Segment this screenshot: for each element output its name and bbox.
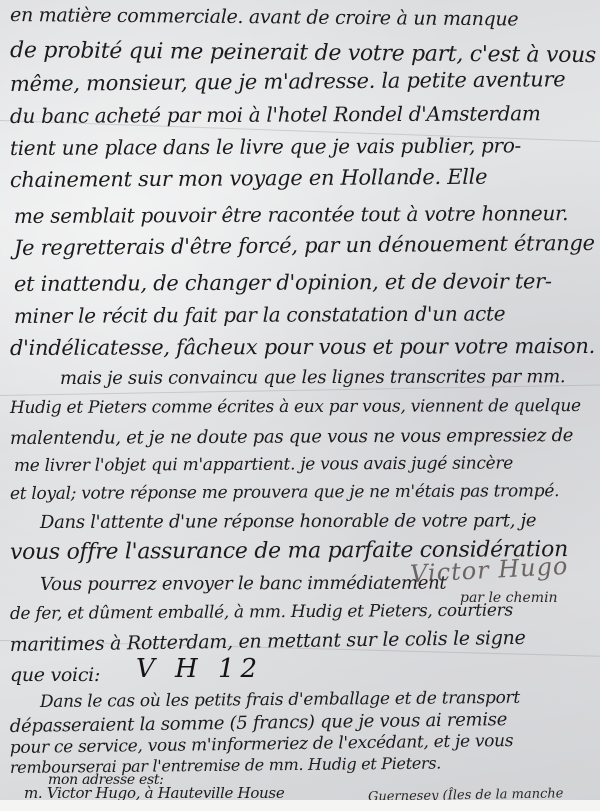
shipping-mark: V H 12 bbox=[136, 654, 263, 684]
letter-line: et loyal; votre réponse me prouvera que … bbox=[10, 481, 559, 504]
letter-line: chainement sur mon voyage en Hollande. E… bbox=[10, 165, 487, 192]
letter-line: de fer, et dûment emballé, à mm. Hudig e… bbox=[10, 600, 513, 624]
letter-line: de probité qui me peinerait de votre par… bbox=[10, 38, 596, 68]
page-bottom-margin bbox=[0, 800, 600, 811]
letter-line: me semblait pouvoir être racontée tout à… bbox=[14, 201, 568, 228]
letter-line: Dans le cas où les petits frais d'emball… bbox=[40, 688, 520, 712]
letter-line: mais je suis convaincu que les lignes tr… bbox=[60, 366, 565, 389]
letter-line: que voici: bbox=[10, 664, 100, 686]
letter-line: Hudig et Pieters comme écrites à eux par… bbox=[10, 396, 581, 418]
letter-line: Dans l'attente d'une réponse honorable d… bbox=[40, 510, 536, 533]
letter-line: Vous pourrez envoyer le banc immédiateme… bbox=[40, 573, 446, 595]
letter-line: en matière commerciale. avant de croire … bbox=[10, 4, 518, 30]
letter-line: malentendu, et je ne doute pas que vous … bbox=[10, 425, 573, 449]
letter-line: me livrer l'objet qui m'appartient. je v… bbox=[14, 453, 513, 476]
interlinear-note: par le chemin bbox=[460, 590, 558, 606]
letter-page: en matière commerciale. avant de croire … bbox=[0, 0, 600, 800]
letter-line: m. Victor Hugo, à Hauteville House bbox=[24, 784, 284, 800]
letter-line: tient une place dans le livre que je vai… bbox=[10, 133, 521, 160]
letter-line: miner le récit du fait par la constatati… bbox=[14, 301, 505, 328]
letter-line: d'indélicatesse, fâcheux pour vous et po… bbox=[10, 334, 595, 360]
letter-line: Je regretterais d'être forcé, par un dén… bbox=[14, 231, 595, 260]
letter-line: même, monsieur, que je m'adresse. la pet… bbox=[10, 67, 566, 96]
address-tail: Guernesey (Îles de la manche bbox=[368, 786, 564, 800]
letter-line: et inattendu, de changer d'opinion, et d… bbox=[14, 269, 552, 296]
letter-line: du banc acheté par moi à l'hotel Rondel … bbox=[10, 101, 541, 128]
